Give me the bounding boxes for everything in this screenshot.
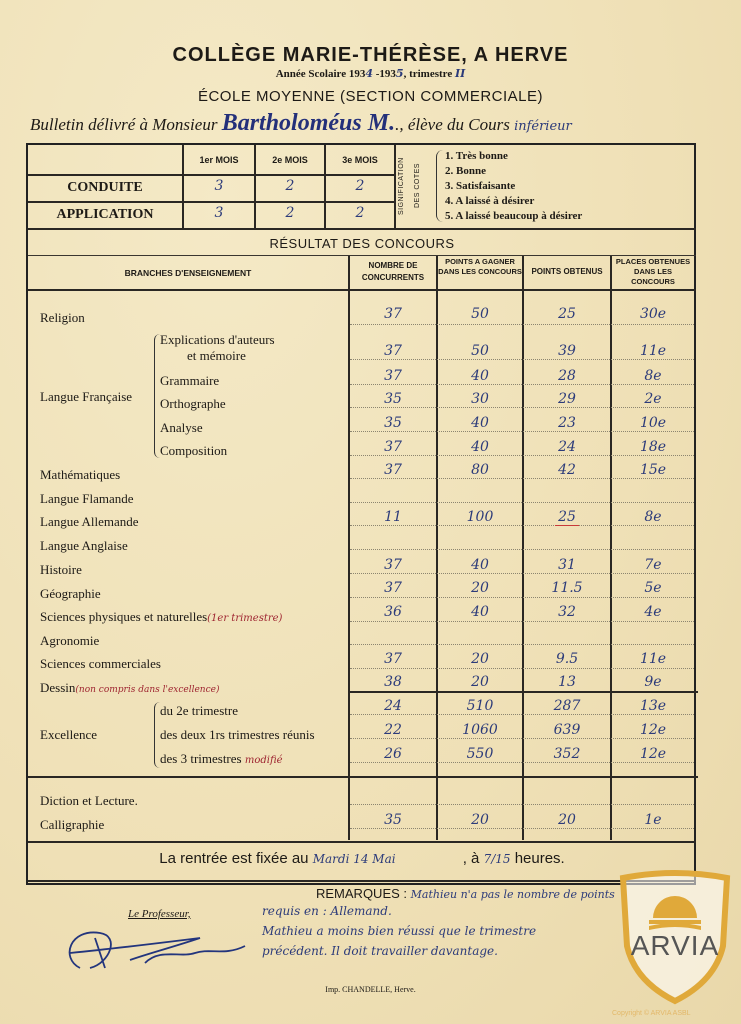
- cell-obtenus: 11.5: [524, 580, 610, 596]
- cell-obtenus: 39: [524, 343, 610, 359]
- col-points-obtenus: POINTS OBTENUS: [524, 267, 610, 276]
- arvia-watermark: ARVIA: [615, 866, 735, 1006]
- cell-obtenus: 42: [524, 462, 610, 478]
- cell-obtenus: 29: [524, 391, 610, 407]
- row-label-calligraphie: Calligraphie: [40, 817, 104, 833]
- cell-concurrents: 11: [350, 509, 436, 525]
- remarks-label: REMARQUES : Mathieu n'a pas le nombre de…: [316, 886, 615, 901]
- conduct-value: 3: [184, 178, 254, 194]
- col-month-2: 2e MOIS: [256, 155, 324, 165]
- cell-place: 12e: [612, 746, 694, 762]
- cell-a-gagner: 50: [438, 306, 522, 322]
- cell-a-gagner: 550: [438, 746, 522, 762]
- cell-a-gagner: 20: [438, 651, 522, 667]
- handwritten-note: (non compris dans l'excellence): [75, 685, 219, 695]
- group-label-excellence: Excellence: [40, 727, 97, 743]
- cell-place: 10e: [612, 415, 694, 431]
- row-label-religion: Religion: [40, 310, 85, 326]
- remarks-line: requis en : Allemand.: [262, 904, 392, 918]
- cell-concurrents: 22: [350, 722, 436, 738]
- cell-obtenus: 20: [524, 812, 610, 828]
- cell-obtenus: 13: [524, 674, 610, 690]
- rentree-date: Mardi 14 Mai: [313, 852, 463, 866]
- remarks-line: Mathieu a moins bien réussi que le trime…: [262, 924, 536, 938]
- watermark-text: ARVIA: [615, 930, 735, 962]
- cell-place: 12e: [612, 722, 694, 738]
- remarks-line: Mathieu n'a pas le nombre de points: [411, 888, 615, 901]
- row-label-sciences-commerciales: Sciences commerciales: [40, 656, 161, 672]
- row-label-mathematiques: Mathématiques: [40, 467, 120, 483]
- cell-obtenus: 24: [524, 439, 610, 455]
- cell-concurrents: 37: [350, 651, 436, 667]
- handwritten-note: (1er trimestre): [207, 613, 282, 624]
- cell-obtenus: 9.5: [524, 651, 610, 667]
- legend-item: 4. A laissé à désirer: [445, 194, 582, 209]
- cell-place: 9e: [612, 674, 694, 690]
- handwritten-note: modifié: [245, 755, 283, 766]
- cell-a-gagner: 1060: [438, 722, 522, 738]
- copyright-notice: Copyright © ARVIA ASBL: [612, 1010, 691, 1017]
- cell-concurrents: 36: [350, 604, 436, 620]
- application-value: 2: [326, 205, 394, 221]
- legend-item: 2. Bonne: [445, 164, 582, 179]
- results-title: RÉSULTAT DES CONCOURS: [28, 236, 696, 251]
- row-label-anglaise: Langue Anglaise: [40, 538, 128, 554]
- cell-obtenus: 639: [524, 722, 610, 738]
- college-title: COLLÈGE MARIE-THÉRÈSE, A HERVE: [0, 44, 741, 67]
- cell-place: 5e: [612, 580, 694, 596]
- cell-a-gagner: 50: [438, 343, 522, 359]
- cell-place: 30e: [612, 306, 694, 322]
- row-label-diction: Diction et Lecture.: [40, 793, 138, 809]
- cell-concurrents: 37: [350, 580, 436, 596]
- cell-place: 4e: [612, 604, 694, 620]
- row-label-excellence-3: des 3 trimestres modifié: [160, 751, 283, 767]
- col-concurrents: NOMBRE DE CONCURRENTS: [352, 260, 434, 284]
- remarks-line: précédent. Il doit travailler davantage.: [262, 944, 498, 958]
- conduct-label: CONDUITE: [30, 180, 180, 196]
- cell-obtenus: 287: [524, 698, 610, 714]
- row-label-sciences-physiques: Sciences physiques et naturelles(1er tri…: [40, 609, 282, 625]
- cell-a-gagner: 510: [438, 698, 522, 714]
- cell-concurrents: 35: [350, 812, 436, 828]
- cell-concurrents: 37: [350, 368, 436, 384]
- legend-list: 1. Très bonne 2. Bonne 3. Satisfaisante …: [445, 149, 582, 224]
- course-level: inférieur: [514, 119, 572, 134]
- cell-place: 8e: [612, 509, 694, 525]
- col-branches: BRANCHES D'ENSEIGNEMENT: [30, 268, 346, 278]
- row-label-geographie: Géographie: [40, 586, 101, 602]
- cell-a-gagner: 40: [438, 439, 522, 455]
- student-name: Bartholoméus M.: [222, 110, 395, 136]
- cell-place: 7e: [612, 557, 694, 573]
- cell-concurrents: 24: [350, 698, 436, 714]
- cell-a-gagner: 20: [438, 674, 522, 690]
- cell-place: 11e: [612, 651, 694, 667]
- cell-concurrents: 35: [350, 391, 436, 407]
- legend-item: 1. Très bonne: [445, 149, 582, 164]
- col-month-3: 3e MOIS: [326, 155, 394, 165]
- row-label-allemande: Langue Allemande: [40, 514, 139, 530]
- row-label-excellence-1: du 2e trimestre: [160, 703, 238, 719]
- cell-place: 2e: [612, 391, 694, 407]
- cell-place: 11e: [612, 343, 694, 359]
- cell-concurrents: 37: [350, 439, 436, 455]
- cell-obtenus: 32: [524, 604, 610, 620]
- cell-obtenus: 352: [524, 746, 610, 762]
- row-label-agronomie: Agronomie: [40, 633, 99, 649]
- legend-title-2: DES COTES: [414, 150, 430, 222]
- application-value: 3: [184, 205, 254, 221]
- col-places: PLACES OBTENUES DANS LES CONCOURS: [612, 257, 694, 287]
- row-label-dessin: Dessin(non compris dans l'excellence): [40, 680, 219, 696]
- cell-concurrents: 38: [350, 674, 436, 690]
- cell-obtenus: 23: [524, 415, 610, 431]
- cell-a-gagner: 40: [438, 604, 522, 620]
- row-label-grammaire: Grammaire: [160, 373, 219, 389]
- application-label: APPLICATION: [30, 207, 180, 223]
- rentree-line: La rentrée est fixée au Mardi 14 Mai, à …: [28, 850, 696, 867]
- cell-concurrents: 35: [350, 415, 436, 431]
- application-value: 2: [256, 205, 324, 221]
- row-label-explications: Explications d'auteurs: [160, 332, 275, 348]
- cell-place: 15e: [612, 462, 694, 478]
- cell-a-gagner: 20: [438, 580, 522, 596]
- langue-francaise-brace: [154, 334, 160, 458]
- cell-obtenus: 25: [524, 306, 610, 322]
- cell-place: 13e: [612, 698, 694, 714]
- cell-concurrents: 37: [350, 306, 436, 322]
- cell-obtenus: 28: [524, 368, 610, 384]
- col-month-1: 1er MOIS: [184, 155, 254, 165]
- cell-obtenus: 25: [524, 509, 610, 525]
- trimester-value: II: [455, 67, 465, 80]
- row-label-orthographe: Orthographe: [160, 396, 226, 412]
- cell-a-gagner: 40: [438, 557, 522, 573]
- rentree-time: 7/15: [484, 852, 511, 866]
- legend-item: 5. A laissé beaucoup à désirer: [445, 209, 582, 224]
- signature: A. Rongé: [50, 918, 260, 978]
- bulletin-line: Bulletin délivré à Monsieur Bartholoméus…: [30, 110, 572, 137]
- cell-concurrents: 37: [350, 557, 436, 573]
- cell-a-gagner: 40: [438, 415, 522, 431]
- cell-place: 18e: [612, 439, 694, 455]
- cell-concurrents: 37: [350, 462, 436, 478]
- cell-place: 1e: [612, 812, 694, 828]
- cell-obtenus: 31: [524, 557, 610, 573]
- group-label-langue-francaise: Langue Française: [40, 389, 132, 405]
- col-points-a-gagner: POINTS A GAGNER DANS LES CONCOURS: [438, 257, 522, 277]
- cell-concurrents: 37: [350, 343, 436, 359]
- conduct-value: 2: [326, 178, 394, 194]
- row-label-explications-2: et mémoire: [187, 348, 246, 364]
- conduct-value: 2: [256, 178, 324, 194]
- row-label-excellence-2: des deux 1rs trimestres réunis: [160, 727, 315, 743]
- row-label-analyse: Analyse: [160, 420, 203, 436]
- row-label-histoire: Histoire: [40, 562, 82, 578]
- signature-icon: [50, 918, 260, 978]
- row-label-composition: Composition: [160, 443, 227, 459]
- school-year: Année Scolaire 1934 -1935, trimestre II: [0, 67, 741, 80]
- legend-brace: [436, 150, 443, 222]
- cell-a-gagner: 20: [438, 812, 522, 828]
- legend-item: 3. Satisfaisante: [445, 179, 582, 194]
- cell-a-gagner: 80: [438, 462, 522, 478]
- school-section: ÉCOLE MOYENNE (SECTION COMMERCIALE): [0, 88, 741, 105]
- row-label-flamande: Langue Flamande: [40, 491, 134, 507]
- cell-place: 8e: [612, 368, 694, 384]
- cell-a-gagner: 40: [438, 368, 522, 384]
- cell-a-gagner: 100: [438, 509, 522, 525]
- cell-concurrents: 26: [350, 746, 436, 762]
- cell-a-gagner: 30: [438, 391, 522, 407]
